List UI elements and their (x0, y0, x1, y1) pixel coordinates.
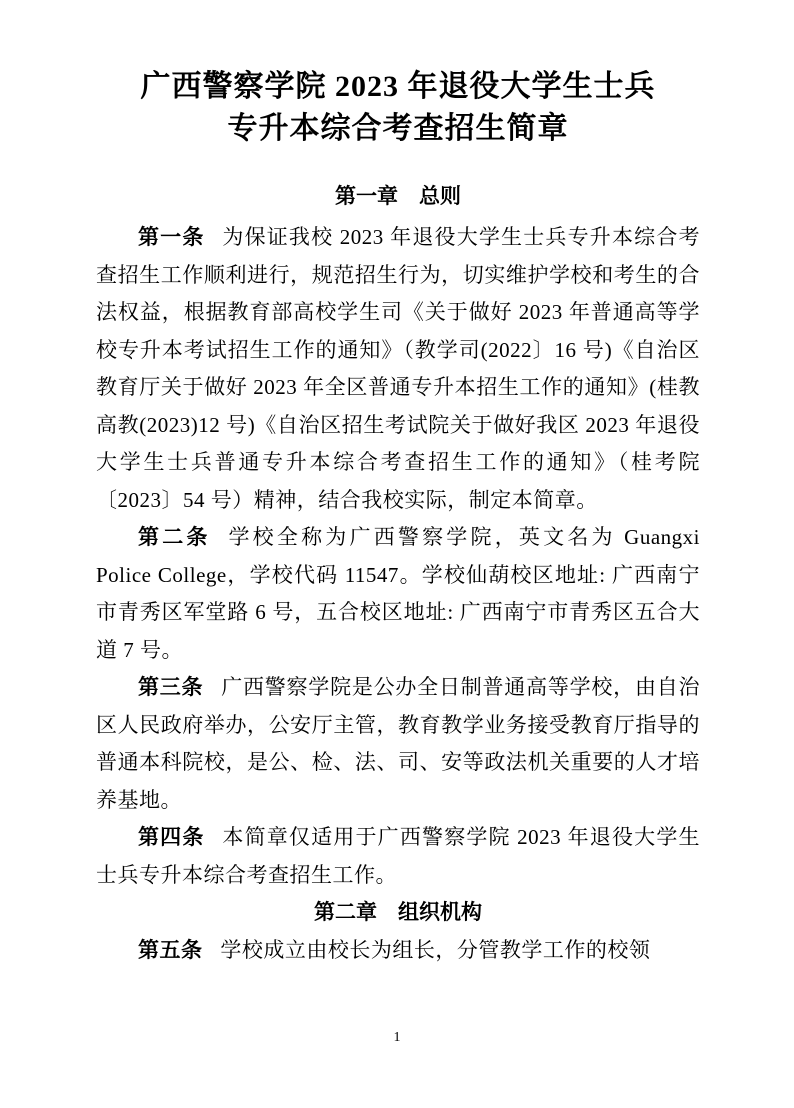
article-5-text: 学校成立由校长为组长，分管教学工作的校领 (220, 938, 650, 962)
article-3-label: 第三条 (138, 675, 203, 699)
article-2-label: 第二条 (138, 525, 211, 549)
article-5: 第五条学校成立由校长为组长，分管教学工作的校领 (96, 932, 700, 970)
chapter-2-heading: 第二章 组织机构 (96, 894, 700, 932)
article-1: 第一条为保证我校 2023 年退役大学生士兵专升本综合考查招生工作顺利进行，规范… (96, 219, 700, 519)
document-page: 广西警察学院 2023 年退役大学生士兵 专升本综合考查招生简章 第一章 总则 … (0, 0, 794, 1108)
article-4: 第四条本简章仅适用于广西警察学院 2023 年退役大学生士兵专升本综合考查招生工… (96, 819, 700, 894)
document-title: 广西警察学院 2023 年退役大学生士兵 专升本综合考查招生简章 (96, 0, 700, 150)
article-2: 第二条学校全称为广西警察学院，英文名为 Guangxi Police Colle… (96, 519, 700, 669)
chapter-1-heading: 第一章 总则 (96, 182, 700, 212)
document-content: 广西警察学院 2023 年退役大学生士兵 专升本综合考查招生简章 第一章 总则 … (96, 0, 700, 969)
document-title-line1: 广西警察学院 2023 年退役大学生士兵 (96, 66, 700, 108)
article-3: 第三条广西警察学院是公办全日制普通高等学校，由自治区人民政府举办，公安厅主管，教… (96, 669, 700, 819)
page-number: 1 (0, 1030, 794, 1046)
document-title-line2: 专升本综合考查招生简章 (96, 108, 700, 150)
article-5-label: 第五条 (138, 938, 203, 962)
article-1-text: 为保证我校 2023 年退役大学生士兵专升本综合考查招生工作顺利进行，规范招生行… (96, 225, 700, 512)
article-4-label: 第四条 (138, 825, 205, 849)
article-1-label: 第一条 (138, 225, 205, 249)
